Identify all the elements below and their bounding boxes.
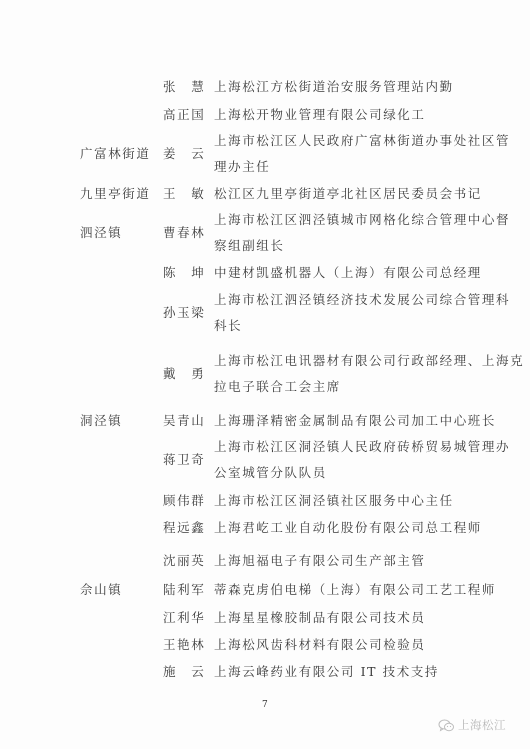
person-name: 孙玉梁 (163, 306, 205, 320)
person-name: 江利华 (163, 611, 205, 625)
person-description-cont: 公室城管分队队员 (214, 466, 327, 480)
person-description: 上海旭福电子有限公司生产部主管 (214, 554, 489, 568)
person-name: 陈 坤 (163, 266, 205, 280)
person-description: 上海珊泽精密金属制品有限公司加工中心班长 (214, 414, 489, 428)
person-name: 王 敏 (163, 187, 205, 201)
person-description-cont: 科长 (214, 319, 242, 333)
person-description: 中建材凯盛机器人（上海）有限公司总经理 (214, 266, 489, 280)
person-description: 蒂森克虏伯电梯（上海）有限公司工艺工程师 (214, 583, 489, 597)
page-number: 7 (262, 700, 268, 710)
person-description: 上海星星橡胶制品有限公司技术员 (214, 611, 489, 625)
person-description: 上海市松江电讯器材有限公司行政部经理、上海克 (214, 354, 489, 368)
person-description: 上海松风齿科材料有限公司检验员 (214, 638, 489, 652)
town-name: 九里亭街道 (80, 187, 151, 201)
town-name: 广富林街道 (80, 147, 151, 161)
person-description: 上海松开物业管理有限公司绿化工 (214, 108, 489, 122)
watermark: 上海松江 (438, 717, 506, 733)
town-name: 泗泾镇 (80, 226, 122, 240)
person-name: 高正国 (163, 108, 205, 122)
person-name: 程远鑫 (163, 521, 205, 535)
person-description: 上海松江方松街道治安服务管理站内勤 (214, 80, 489, 94)
person-name: 顾伟群 (163, 494, 205, 508)
person-name: 戴 勇 (163, 367, 205, 381)
person-name: 张 慧 (163, 80, 205, 94)
person-name: 吴青山 (163, 414, 205, 428)
person-description: 上海市松江区泗泾镇城市网格化综合管理中心督 (214, 213, 489, 227)
watermark-text: 上海松江 (458, 717, 506, 733)
person-description: 松江区九里亭街道亭北社区居民委员会书记 (214, 187, 489, 201)
person-description: 上海君屹工业自动化股份有限公司总工程师 (214, 521, 489, 535)
person-name: 王艳林 (163, 638, 205, 652)
person-name: 沈丽英 (163, 554, 205, 568)
person-name: 蒋卫奇 (163, 453, 205, 467)
town-name: 佘山镇 (80, 583, 122, 597)
person-description: 上海云峰药业有限公司 IT 技术支持 (214, 665, 489, 679)
wechat-icon (438, 719, 455, 732)
person-name: 曹春林 (163, 226, 205, 240)
person-description: 上海市松江区洞泾镇人民政府砖桥贸易城管理办 (214, 440, 489, 454)
person-description: 上海市松江区人民政府广富林街道办事处社区管 (214, 134, 489, 148)
person-description-cont: 理办主任 (214, 160, 270, 174)
person-name: 施 云 (163, 665, 205, 679)
person-description-cont: 拉电子联合工会主席 (214, 380, 341, 394)
document-page: 张 慧 上海松江方松街道治安服务管理站内勤 高正国 上海松开物业管理有限公司绿化… (0, 0, 530, 749)
person-description: 上海市松江泗泾镇经济技术发展公司综合管理科 (214, 293, 489, 307)
person-name: 陆利军 (163, 583, 205, 597)
person-description: 上海市松江区洞泾镇社区服务中心主任 (214, 494, 489, 508)
person-name: 姜 云 (163, 147, 205, 161)
town-name: 洞泾镇 (80, 414, 122, 428)
person-description-cont: 察组副组长 (214, 239, 285, 253)
